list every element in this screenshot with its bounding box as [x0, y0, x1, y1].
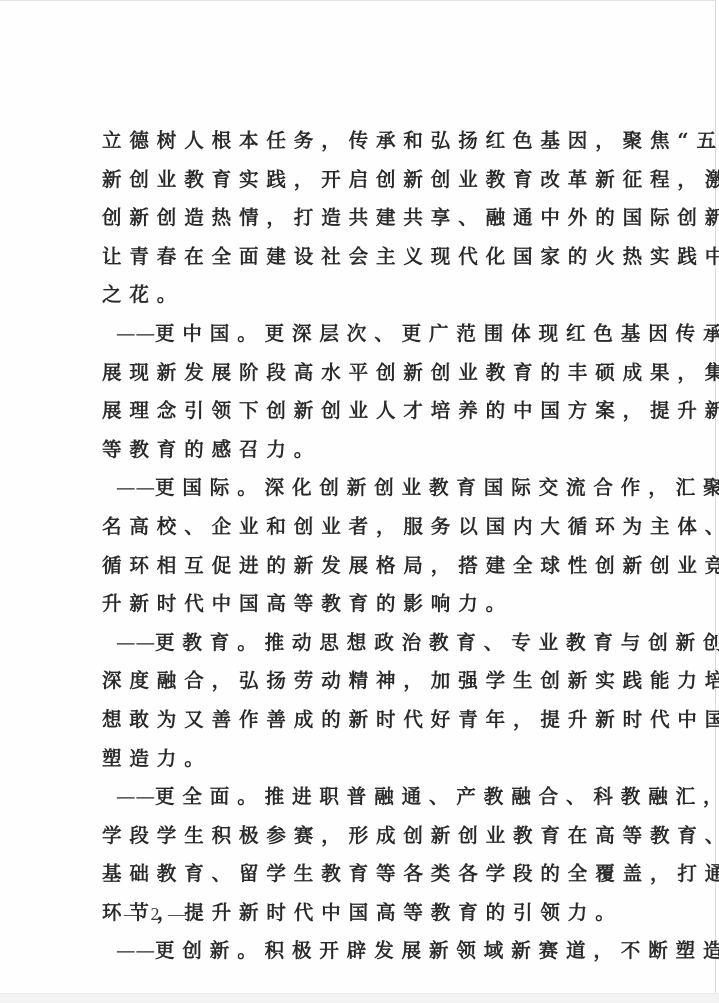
text-line: 名高校、企业和创业者，服务以国内大循环为主体、国内国际双	[102, 508, 634, 547]
text-line: ——更创新。积极开辟发展新领域新赛道，不断塑造发展新	[102, 932, 634, 971]
text-line: 展理念引领下创新创业人才培养的中国方案，提升新时代中国高	[102, 392, 634, 431]
text-line: 等教育的感召力。	[102, 431, 634, 470]
paragraph-more-innovative: ——更创新。积极开辟发展新领域新赛道，不断塑造发展新	[102, 932, 634, 971]
text-line: 创新创造热情，打造共建共享、融通中外的国际创新创业盛会，	[102, 199, 634, 238]
text-line: ——更全面。推进职普融通、产教融合、科教融汇，鼓励各	[102, 778, 634, 817]
text-line-content: 更国际。深化创新创业教育国际交流合作，汇聚全球知	[155, 476, 719, 499]
paragraph-more-international: ——更国际。深化创新创业教育国际交流合作，汇聚全球知 名高校、企业和创业者，服务…	[102, 469, 634, 623]
paragraph-more-education: ——更教育。推动思想政治教育、专业教育与创新创业教育 深度融合，弘扬劳动精神，加…	[102, 624, 634, 778]
page-number: — 2 —	[124, 904, 188, 925]
text-line: 升新时代中国高等教育的影响力。	[102, 585, 634, 624]
document-page: 立德树人根本任务，传承和弘扬红色基因，聚焦“五育”融合创 新创业教育实践，开启创…	[0, 0, 716, 1003]
em-dash-lead: ——	[116, 476, 155, 499]
text-line: ——更国际。深化创新创业教育国际交流合作，汇聚全球知	[102, 469, 634, 508]
text-line: 基础教育、留学生教育等各类各学段的全覆盖，打通人才培养各	[102, 855, 634, 894]
document-body: 立德树人根本任务，传承和弘扬红色基因，聚焦“五育”融合创 新创业教育实践，开启创…	[102, 122, 634, 971]
text-line-content: 更中国。更深层次、更广范围体现红色基因传承，充分	[155, 322, 719, 345]
em-dash-lead: ——	[116, 322, 155, 345]
em-dash-lead: ——	[116, 939, 155, 962]
text-line: 立德树人根本任务，传承和弘扬红色基因，聚焦“五育”融合创	[102, 122, 634, 161]
em-dash-lead: ——	[116, 785, 155, 808]
text-line: 塑造力。	[102, 740, 634, 779]
page-bottom-edge	[0, 993, 719, 1003]
text-line: 让青春在全面建设社会主义现代化国家的火热实践中绽放绚丽	[102, 238, 634, 277]
text-line: 深度融合，弘扬劳动精神，加强学生创新实践能力培养，造就敢	[102, 662, 634, 701]
text-line: ——更教育。推动思想政治教育、专业教育与创新创业教育	[102, 624, 634, 663]
text-line: 循环相互促进的新发展格局，搭建全球性创新创业竞赛平台，提	[102, 547, 634, 586]
text-line: 想敢为又善作善成的新时代好青年，提升新时代中国高等教育的	[102, 701, 634, 740]
text-line: 展现新发展阶段高水平创新创业教育的丰硕成果，集中展示新发	[102, 354, 634, 393]
text-line: 学段学生积极参赛，形成创新创业教育在高等教育、职业教育、	[102, 817, 634, 856]
text-line: ——更中国。更深层次、更广范围体现红色基因传承，充分	[102, 315, 634, 354]
text-line: 新创业教育实践，开启创新创业教育改革新征程，激发青年学生	[102, 161, 634, 200]
paragraph-intro-continuation: 立德树人根本任务，传承和弘扬红色基因，聚焦“五育”融合创 新创业教育实践，开启创…	[102, 122, 634, 315]
text-line: 之花。	[102, 276, 634, 315]
text-line-content: 更教育。推动思想政治教育、专业教育与创新创业教育	[155, 631, 719, 654]
paragraph-more-china: ——更中国。更深层次、更广范围体现红色基因传承，充分 展现新发展阶段高水平创新创…	[102, 315, 634, 469]
em-dash-lead: ——	[116, 631, 155, 654]
text-line-content: 更创新。积极开辟发展新领域新赛道，不断塑造发展新	[155, 939, 719, 962]
text-line-content: 更全面。推进职普融通、产教融合、科教融汇，鼓励各	[155, 785, 719, 808]
